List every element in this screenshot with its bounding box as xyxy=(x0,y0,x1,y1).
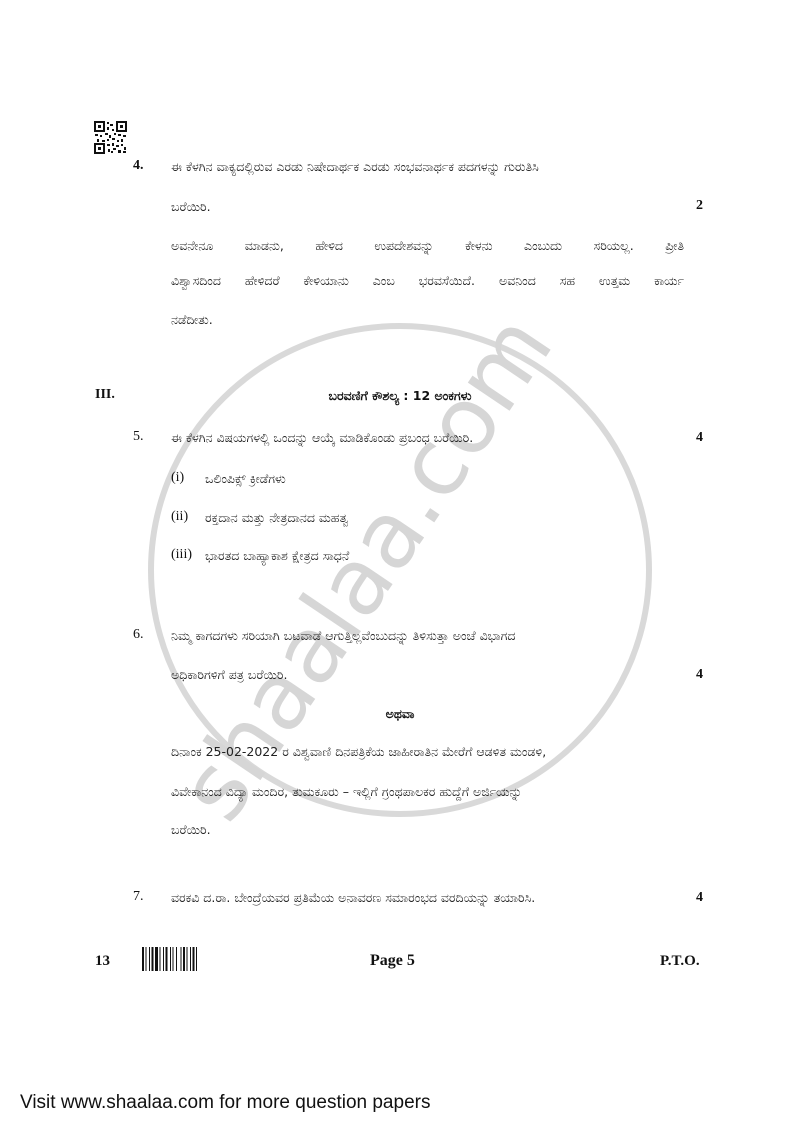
question-6-alt-line3: ಬರೆಯಿರಿ. xyxy=(171,822,211,838)
question-7-marks: 4 xyxy=(696,890,703,906)
question-5-option-1-label: (i) xyxy=(171,470,184,486)
question-5-option-3-text: ಭಾರತದ ಬಾಹ್ಯಾಕಾಶ ಕ್ಷೇತ್ರದ ಸಾಧನೆ xyxy=(205,548,349,564)
question-6-alt-line2: ವಿವೇಕಾನಂದ ವಿದ್ಯಾ ಮಂದಿರ, ತುಮಕೂರು – ಇಲ್ಲಿಗ… xyxy=(171,784,522,800)
question-4-passage-line1: ಅವನೇನೂ ಮಾಡನು, ಹೇಳಿದ ಉಪದೇಶವನ್ನು ಕೇಳನು ಎಂಬ… xyxy=(171,238,684,254)
question-6-text-line1: ನಿಮ್ಮ ಕಾಗದಗಳು ಸರಿಯಾಗಿ ಬಟವಾಡೆ ಆಗುತ್ತಿಲ್ಲವ… xyxy=(171,628,515,644)
question-5-option-3-label: (iii) xyxy=(171,547,192,563)
question-6-number: 6. xyxy=(133,627,144,643)
paper-code: 13 xyxy=(95,953,110,970)
pto-label: P.T.O. xyxy=(660,953,700,970)
question-5-marks: 4 xyxy=(696,430,703,446)
question-4-text-line1: ಈ ಕೆಳಗಿನ ವಾಕ್ಯದಲ್ಲಿರುವ ಎರಡು ನಿಷೇದಾರ್ಥಕ ಎ… xyxy=(171,159,539,175)
section-3-title: ಬರವಣಿಗೆ ಕೌಶಲ್ಯ : 12 ಅಂಕಗಳು xyxy=(0,388,800,404)
question-4-text-line2: ಬರೆಯಿರಿ. xyxy=(171,199,211,215)
shaalaa-promo-link[interactable]: Visit www.shaalaa.com for more question … xyxy=(20,1092,430,1114)
question-5-option-2-label: (ii) xyxy=(171,509,188,525)
question-7-text: ವರಕವಿ ದ.ರಾ. ಬೇಂದ್ರೆಯವರ ಪ್ರತಿಮೆಯ ಅನಾವರಣ ಸ… xyxy=(171,890,535,906)
question-6-or-label: ಅಥವಾ xyxy=(0,706,800,722)
question-6-alt-line1: ದಿನಾಂಕ 25-02-2022 ರ ವಿಶ್ವವಾಣಿ ದಿನಪತ್ರಿಕೆ… xyxy=(171,744,546,760)
page-number-label: Page 5 xyxy=(370,952,415,970)
question-4-passage-line2: ವಿಶ್ವಾಸದಿಂದ ಹೇಳಿದರೆ ಕೇಳಿಯಾನು ಎಂಬ ಭರವಸೆಯಿ… xyxy=(171,273,684,289)
question-4-passage-line3: ನಡೆದೀತು. xyxy=(171,312,213,328)
question-4-marks: 2 xyxy=(696,198,703,214)
question-5-text: ಈ ಕೆಳಗಿನ ವಿಷಯಗಳಲ್ಲಿ ಒಂದನ್ನು ಆಯ್ಕೆ ಮಾಡಿಕೊ… xyxy=(171,430,473,446)
question-6-marks: 4 xyxy=(696,667,703,683)
question-4-number: 4. xyxy=(133,158,144,174)
question-5-option-1-text: ಒಲಿಂಪಿಕ್ಸ್ ಕ್ರೀಡೆಗಳು xyxy=(205,471,286,487)
qr-code-icon xyxy=(94,121,127,154)
question-5-number: 5. xyxy=(133,429,144,445)
barcode-icon xyxy=(142,947,226,971)
question-7-number: 7. xyxy=(133,889,144,905)
question-6-text-line2: ಅಧಿಕಾರಿಗಳಿಗೆ ಪತ್ರ ಬರೆಯಿರಿ. xyxy=(171,667,287,683)
question-5-option-2-text: ರಕ್ತದಾನ ಮತ್ತು ನೇತ್ರದಾನದ ಮಹತ್ವ xyxy=(205,510,348,526)
